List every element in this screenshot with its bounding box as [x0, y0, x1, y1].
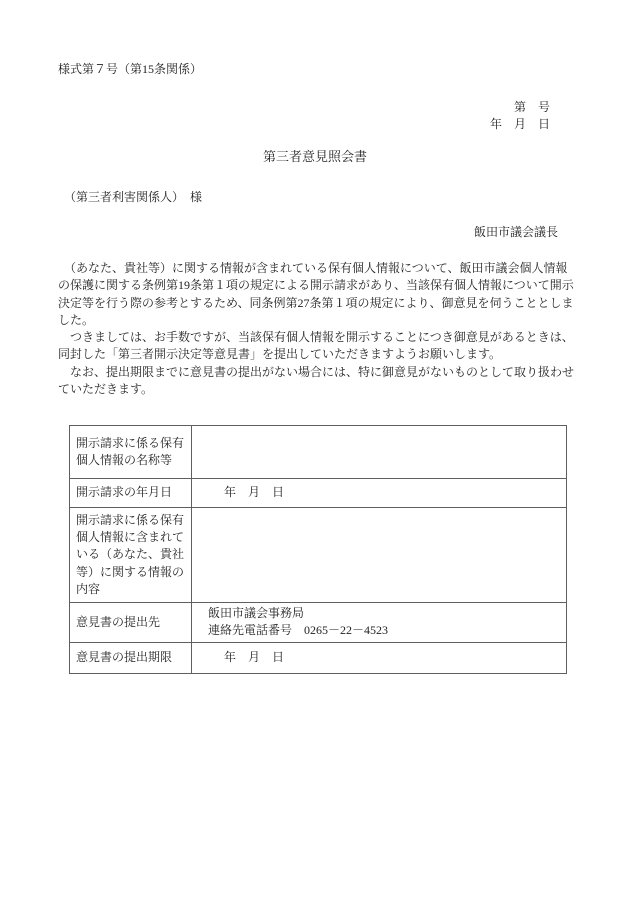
- row-label: 開示請求に係る保有 個人情報に含まれて いる（あなた、貴社 等）に関する情報の …: [70, 508, 192, 603]
- document-number: 第 号: [514, 99, 550, 116]
- table-row-request-date: 開示請求の年月日 年 月 日: [70, 479, 567, 508]
- request-info-table: 開示請求に係る保有 個人情報の名称等 開示請求の年月日 年 月 日 開示請求に係…: [69, 425, 567, 674]
- row-label: 開示請求の年月日: [70, 479, 192, 508]
- row-label: 意見書の提出期限: [70, 642, 192, 673]
- addressee-line: （第三者利害関係人） 様: [58, 189, 202, 206]
- document-page: 様式第７号（第15条関係） 第 号 年 月 日 第三者意見照会書 （第三者利害関…: [0, 0, 630, 903]
- row-value: 飯田市議会事務局 連絡先電話番号 0265－22－4523: [192, 603, 567, 643]
- paragraph-opinion-request: つきましては、お手数ですが、当該保有個人情報を開示することにつき御意見があるとき…: [58, 329, 576, 364]
- table-row-submit-to: 意見書の提出先 飯田市議会事務局 連絡先電話番号 0265－22－4523: [70, 603, 567, 643]
- row-value: 年 月 日: [192, 479, 567, 508]
- document-date: 年 月 日: [490, 116, 550, 133]
- form-style-number: 様式第７号（第15条関係）: [58, 61, 202, 78]
- row-value: [192, 508, 567, 603]
- row-value: 年 月 日: [192, 642, 567, 673]
- paragraph-request-notice: （あなた、貴社等）に関する情報が含まれている保有個人情報について、飯田市議会個人…: [58, 260, 576, 329]
- table-row-info-content: 開示請求に係る保有 個人情報に含まれて いる（あなた、貴社 等）に関する情報の …: [70, 508, 567, 603]
- page-title: 第三者意見照会書: [0, 148, 630, 166]
- row-label: 意見書の提出先: [70, 603, 192, 643]
- table-row-deadline: 意見書の提出期限 年 月 日: [70, 642, 567, 673]
- sender-signature: 飯田市議会議長: [474, 224, 558, 241]
- row-value: [192, 426, 567, 479]
- row-label: 開示請求に係る保有 個人情報の名称等: [70, 426, 192, 479]
- body-paragraphs: （あなた、貴社等）に関する情報が含まれている保有個人情報について、飯田市議会個人…: [58, 260, 576, 398]
- table-row-record-name: 開示請求に係る保有 個人情報の名称等: [70, 426, 567, 479]
- paragraph-deadline-note: なお、提出期限までに意見書の提出がない場合には、特に御意見がないものとして取り扱…: [58, 364, 576, 399]
